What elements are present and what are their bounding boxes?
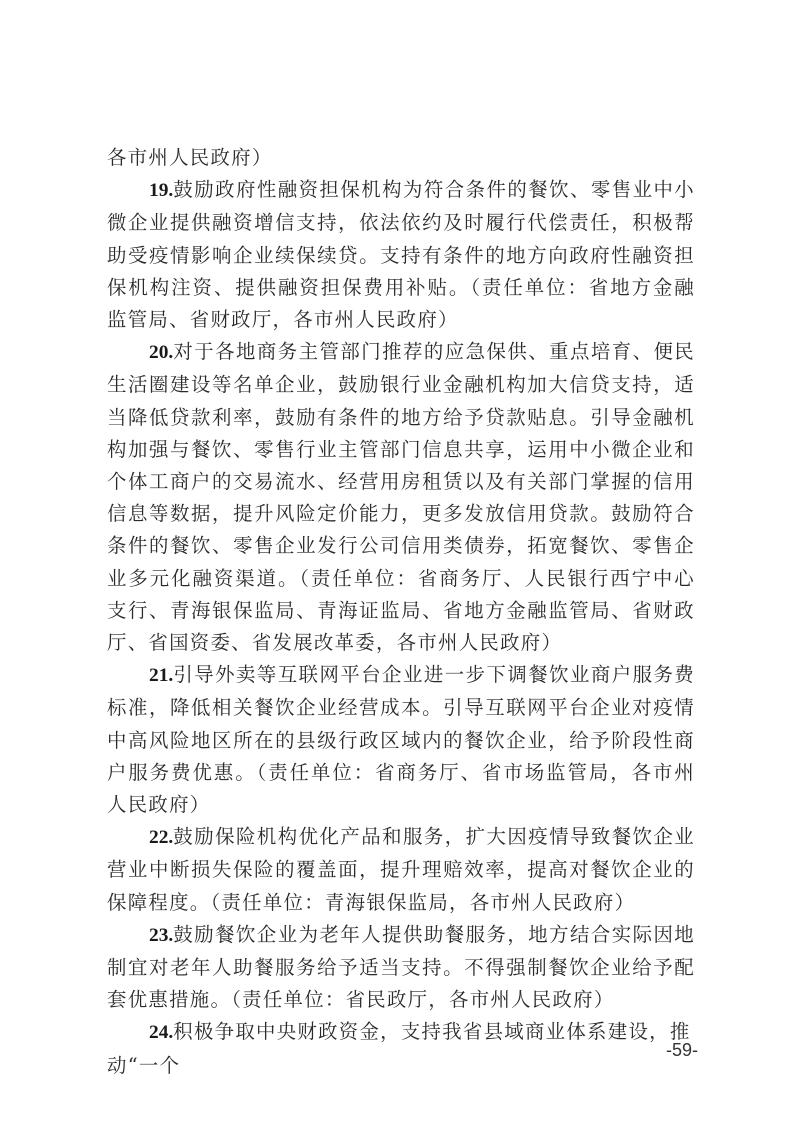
paragraph-text: 鼓励餐饮企业为老年人提供助餐服务，地方结合实际因地制宜对老年人助餐服务给予适当支… [107,923,695,1011]
paragraph-text: 积极争取中央财政资金，支持我省县域商业体系建设，推动“一个 [107,1020,691,1076]
item-number: 19. [149,180,173,201]
document-body: 各市州人民政府） 19.鼓励政府性融资担保机构为符合条件的餐饮、零售业中小微企业… [107,142,695,1082]
paragraph-text: 引导外卖等互联网平台企业进一步下调餐饮业商户服务费标准，降低相关餐饮企业经营成本… [107,663,695,816]
paragraph-text: 鼓励保险机构优化产品和服务，扩大因疫情导致餐饮企业营业中断损失保险的覆盖面，提升… [107,825,695,913]
paragraph-item-22: 22.鼓励保险机构优化产品和服务，扩大因疫情导致餐饮企业营业中断损失保险的覆盖面… [107,821,695,919]
paragraph-item-20: 20.对于各地商务主管部门推荐的应急保供、重点培育、便民生活圈建设等名单企业，鼓… [107,336,695,659]
item-number: 24. [149,1022,173,1043]
item-number: 23. [149,925,173,946]
paragraph-text: 对于各地商务主管部门推荐的应急保供、重点培育、便民生活圈建设等名单企业，鼓励银行… [107,340,695,654]
paragraph-item-19: 19.鼓励政府性融资担保机构为符合条件的餐饮、零售业中小微企业提供融资增信支持，… [107,174,695,336]
item-number: 21. [149,665,173,686]
paragraph-item-23: 23.鼓励餐饮企业为老年人提供助餐服务，地方结合实际因地制宜对老年人助餐服务给予… [107,919,695,1017]
item-number: 22. [149,827,173,848]
document-page: 各市州人民政府） 19.鼓励政府性融资担保机构为符合条件的餐饮、零售业中小微企业… [0,0,793,1122]
page-number: -59- [628,1040,698,1061]
paragraph-text: 各市州人民政府） [107,146,273,169]
item-number: 20. [149,342,173,363]
paragraph-continuation: 各市州人民政府） [107,142,695,174]
paragraph-text: 鼓励政府性融资担保机构为符合条件的餐饮、零售业中小微企业提供融资增信支持，依法依… [107,178,695,331]
paragraph-item-21: 21.引导外卖等互联网平台企业进一步下调餐饮业商户服务费标准，降低相关餐饮企业经… [107,659,695,821]
paragraph-item-24: 24.积极争取中央财政资金，支持我省县域商业体系建设，推动“一个 [107,1016,695,1081]
